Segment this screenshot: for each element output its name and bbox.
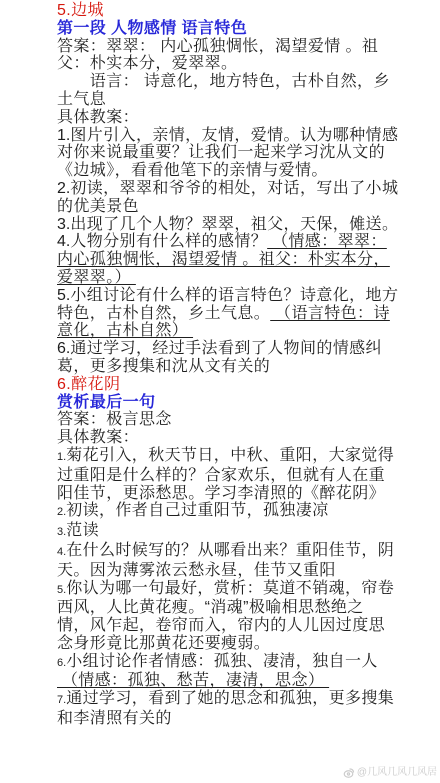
section1-answer-language: 语言： 诗意化，地方特色，古朴自然，乡 土气息 <box>57 73 437 109</box>
item-text: 初读，翠翠和爷爷的相处，对话，写出了小城 的优美景色 <box>57 180 398 215</box>
weibo-watermark: @几风几风几风居 <box>343 767 437 779</box>
item-number: 2. <box>57 506 66 518</box>
item-number: 1. <box>57 451 66 463</box>
item-number: 5. <box>57 287 70 304</box>
item-number: 6. <box>57 340 70 357</box>
item-text: 初读，作者自己过重阳节，孤独凄凉 <box>66 502 328 519</box>
item-text: 通过学习，看到了她的思念和孤独，更多搜集 和李清照有关的 <box>57 690 394 727</box>
item-text: 范读 <box>66 522 99 539</box>
watermark-text: @几风几风几风居 <box>357 767 437 779</box>
item-number: 7. <box>57 694 66 706</box>
item-number: 2. <box>57 180 70 197</box>
plan-item: 3.出现了几个人物？翠翠，祖父，天保，傩送。 <box>57 216 437 234</box>
plan-item: 5.你认为哪一句最好，赏析：莫道不销魂，帘卷 西风，人比黄花瘦。“消魂”极喻相思… <box>57 580 437 653</box>
item-text: 通过学习，经过手法看到了人物间的情感纠 葛，更多搜集和沈从文有关的 <box>57 340 382 375</box>
item-number: 5. <box>57 584 66 596</box>
section1-subtitle: 第一段 人物感情 语言特色 <box>57 20 437 38</box>
item-text: 小组讨论作者情感：孤独、凄清，独自一人 <box>66 653 378 670</box>
plan-item: 3.范读 <box>57 522 437 542</box>
item-text: 人物分别有什么样的感情？ <box>70 233 267 250</box>
plan-item: 1.图片引入，亲情，友情，爱情。认为哪种情感 对你来说最重要？让我们一起来学习沈… <box>57 127 437 180</box>
lesson-notes-document: 5.边城 第一段 人物感情 语言特色 答案：翠翠： 内心孤独惆怅，渴望爱情 。祖… <box>57 2 437 728</box>
plan-item: 4.人物分别有什么样的感情？ （情感：翠翠： 内心孤独惆怅，渴望爱情 。祖父：朴… <box>57 233 437 286</box>
plan-item: 1.菊花引入，秋天节日，中秋、重阳，大家觉得 过重阳是什么样的？合家欢乐，但就有… <box>57 447 437 502</box>
plan-item: 7.通过学习，看到了她的思念和孤独，更多搜集 和李清照有关的 <box>57 690 437 728</box>
section2-title: 6.醉花阴 <box>57 376 437 394</box>
item-number: 3. <box>57 216 70 233</box>
plan-item: 5.小组讨论有什么样的语言特色？诗意化，地方 特色，古朴自然，乡土气息。 （语言… <box>57 287 437 340</box>
item-number: 1. <box>57 127 70 144</box>
plan-item: 6.通过学习，经过手法看到了人物间的情感纠 葛，更多搜集和沈从文有关的 <box>57 340 437 376</box>
section1-title: 5.边城 <box>57 2 437 20</box>
item-underlined-note: （情感：孤独、愁苦，凄清，思念） <box>57 672 329 689</box>
section2-answer: 答案：极言思念 <box>57 411 437 429</box>
item-text: 你认为哪一句最好，赏析：莫道不销魂，帘卷 西风，人比黄花瘦。“消魂”极喻相思愁绝… <box>57 580 394 652</box>
plan-item: 2.初读，作者自己过重阳节，孤独凄凉 <box>57 502 437 522</box>
item-number: 6. <box>57 657 66 669</box>
item-text: 在什么时候写的？从哪看出来？重阳佳节，阴 天。因为薄雾浓云愁永昼，佳节又重阳 <box>57 542 394 579</box>
section2-subtitle: 赏析最后一句 <box>57 394 437 412</box>
section2-plan-label: 具体教案： <box>57 429 437 447</box>
item-text: 图片引入，亲情，友情，爱情。认为哪种情感 对你来说最重要？让我们一起来学习沈从文… <box>57 127 398 180</box>
plan-item: 2.初读，翠翠和爷爷的相处，对话，写出了小城 的优美景色 <box>57 180 437 216</box>
item-number: 4. <box>57 233 70 250</box>
section1-plan-label: 具体教案： <box>57 109 437 127</box>
plan-item: 4.在什么时候写的？从哪看出来？重阳佳节，阴 天。因为薄雾浓云愁永昼，佳节又重阳 <box>57 542 437 580</box>
item-text: 出现了几个人物？翠翠，祖父，天保，傩送。 <box>70 216 398 233</box>
section1-answer-characters: 答案：翠翠： 内心孤独惆怅，渴望爱情 。祖 父：朴实本分，爱翠翠。 <box>57 38 437 74</box>
plan-item: 6.小组讨论作者情感：孤独、凄清，独自一人 （情感：孤独、愁苦，凄清，思念） <box>57 653 437 691</box>
weibo-logo-icon <box>343 767 355 779</box>
item-number: 4. <box>57 546 66 558</box>
item-text: 菊花引入，秋天节日，中秋、重阳，大家觉得 过重阳是什么样的？合家欢乐，但就有人在… <box>57 447 394 502</box>
item-number: 3. <box>57 526 66 538</box>
